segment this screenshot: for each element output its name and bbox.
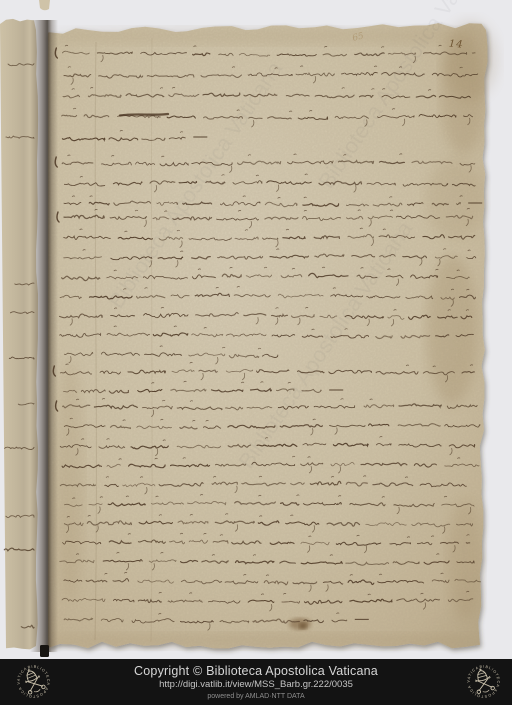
seal-circular-text: BIBLIOTECA APOSTOLICA VATICANA (11, 660, 55, 704)
footer-bar: BIBLIOTECA APOSTOLICA VATICANA Copyright… (0, 659, 512, 705)
digitized-manuscript-view: Biblioteca Apostolica VaticanaBiblioteca… (0, 0, 512, 705)
seal-circular-text: BIBLIOTECA APOSTOLICA VATICANA (463, 661, 504, 702)
vatican-seal-right: BIBLIOTECA APOSTOLICA VATICANA (457, 655, 510, 705)
folio-number: 14 (448, 39, 463, 51)
manuscript-scan: Biblioteca Apostolica VaticanaBiblioteca… (0, 0, 512, 705)
powered-by-line: powered by AMLAD·NTT DATA (207, 693, 304, 701)
copyright-line: Copyright © Biblioteca Apostolica Vatica… (134, 664, 378, 678)
url-line: http://digi.vatlib.it/view/MSS_Barb.gr.2… (159, 680, 353, 691)
vatican-seal-left: BIBLIOTECA APOSTOLICA VATICANA (6, 654, 62, 705)
gutter-shadow (30, 20, 58, 657)
